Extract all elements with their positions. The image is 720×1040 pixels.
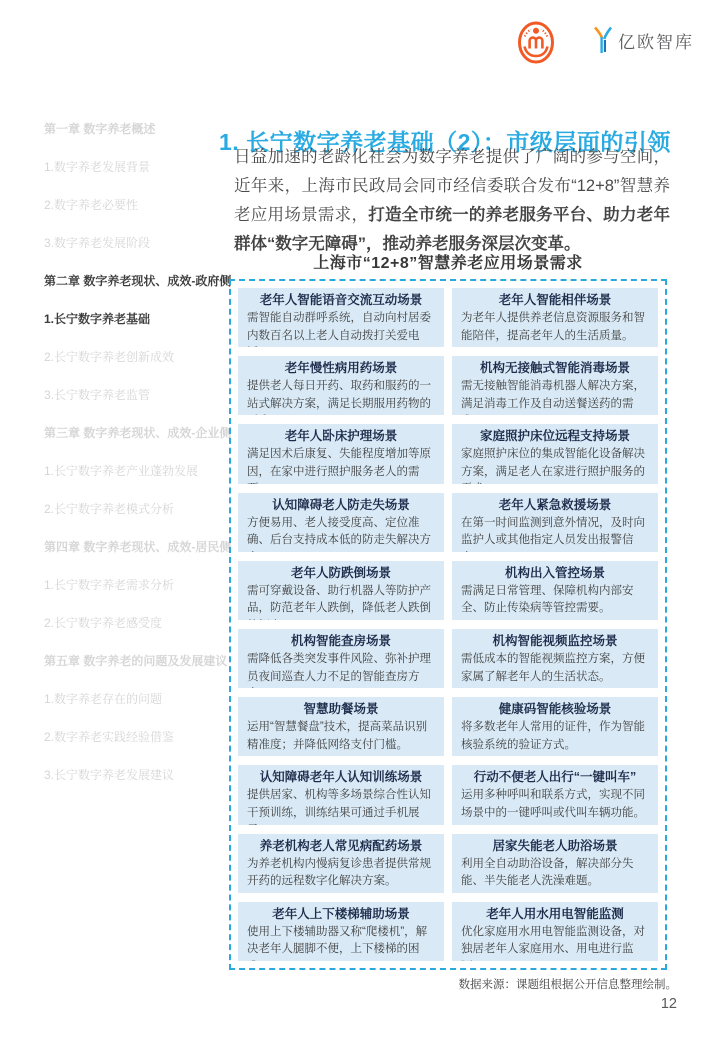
scenario-card-title: 机构智能查房场景 (247, 633, 435, 650)
scenario-card-15: 认知障碍老年人认知训练场景提供居家、机构等多场景综合性认知干预训练，训练结果可通… (238, 765, 444, 824)
sidebar-item-16[interactable]: 1.数字养老存在的问题 (44, 680, 234, 718)
scenario-card-2: 老年人智能相伴场景为老年人提供养老信息资源服务和智能陪伴，提高老年人的生活质量。 (452, 288, 658, 347)
scenario-card-desc: 优化家庭用水用电智能监测设备，对独居老年人家庭用水、用电进行监测。 (461, 924, 649, 961)
sidebar-item-2[interactable]: 1.数字养老发展背景 (44, 148, 234, 186)
sidebar-item-12[interactable]: 第四章 数字养老现状、成效-居民侧 (44, 528, 234, 566)
scenario-card-desc: 需降低各类突发事件风险、弥补护理员夜间巡查人力不足的智能查房方案。 (247, 651, 435, 688)
scenario-card-desc: 家庭照护床位的集成智能化设备解决方案，满足老人在家进行照护服务的需求。 (461, 446, 649, 483)
scenario-card-desc: 需可穿戴设备、助行机器人等防护产品，防范老年人跌倒，降低老人跌倒的概率。 (247, 583, 435, 620)
scenario-card-14: 健康码智能核验场景将多数老年人常用的证件，作为智能核验系统的验证方式。 (452, 697, 658, 756)
scenario-card-desc: 在第一时间监测到意外情况，及时向监护人或其他指定人员发出报警信息。 (461, 515, 649, 552)
scenario-card-title: 老年人智能语音交流互动场景 (247, 292, 435, 309)
scenario-card-title: 老年慢性病用药场景 (247, 360, 435, 377)
page-number: 12 (661, 996, 677, 1012)
scenario-card-desc: 需智能自动群呼系统，自动向村居委内数百名以上老人自动拨打关爱电话。 (247, 310, 435, 347)
scenario-card-desc: 利用全自动助浴设备，解决部分失能、半失能老人洗澡难题。 (461, 856, 649, 891)
scenario-card-title: 智慧助餐场景 (247, 701, 435, 718)
sidebar-item-13[interactable]: 1.长宁数字养老需求分析 (44, 566, 234, 604)
scenario-card-desc: 使用上下楼辅助器又称“爬楼机”，解决老年人腿脚不便，上下楼梯的困难。 (247, 924, 435, 961)
scenario-card-desc: 提供居家、机构等多场景综合性认知干预训练，训练结果可通过手机展示。 (247, 787, 435, 824)
scenario-card-3: 老年慢性病用药场景提供老人每日开药、取药和服药的一站式解决方案，满足长期服用药物… (238, 356, 444, 415)
intro-paragraph: 日益加速的老龄化社会为数字养老提供了广阔的参与空间，近年来，上海市民政局会同市经… (234, 143, 670, 259)
scenario-card-desc: 运用“智慧餐盘”技术，提高菜品识别精准度；并降低网络支付门槛。 (247, 719, 435, 754)
scenario-card-desc: 为养老机构内慢病复诊患者提供常规开药的远程数字化解决方案。 (247, 856, 435, 891)
yiou-brand-logo: 亿欧智库 (591, 25, 694, 55)
sidebar-item-6[interactable]: 1.长宁数字养老基础 (44, 300, 234, 338)
scenario-card-13: 智慧助餐场景运用“智慧餐盘”技术，提高菜品识别精准度；并降低网络支付门槛。 (238, 697, 444, 756)
sidebar: 第一章 数字养老概述1.数字养老发展背景2.数字养老必要性3.数字养老发展阶段第… (44, 110, 234, 794)
figure-title: 上海市“12+8”智慧养老应用场景需求 (229, 250, 667, 273)
scenario-card-desc: 将多数老年人常用的证件，作为智能核验系统的验证方式。 (461, 719, 649, 754)
sidebar-item-15[interactable]: 第五章 数字养老的问题及发展建议 (44, 642, 234, 680)
sidebar-item-11[interactable]: 2.长宁数字养老模式分析 (44, 490, 234, 528)
scenario-card-18: 居家失能老人助浴场景利用全自动助浴设备，解决部分失能、半失能老人洗澡难题。 (452, 834, 658, 893)
scenario-card-9: 老年人防跌倒场景需可穿戴设备、助行机器人等防护产品，防范老年人跌倒，降低老人跌倒… (238, 561, 444, 620)
scenario-card-title: 老年人防跌倒场景 (247, 565, 435, 582)
scenario-card-title: 老年人紧急救援场景 (461, 497, 649, 514)
scenario-card-desc: 需满足日常管理、保障机构内部安全、防止传染病等管控需要。 (461, 583, 649, 618)
scenario-card-17: 养老机构老人常见病配药场景为养老机构内慢病复诊患者提供常规开药的远程数字化解决方… (238, 834, 444, 893)
scenario-card-title: 行动不便老人出行“一键叫车” (461, 769, 649, 786)
scenario-card-desc: 提供老人每日开药、取药和服药的一站式解决方案，满足长期服用药物的需求。 (247, 378, 435, 415)
scenario-card-desc: 为老年人提供养老信息资源服务和智能陪伴，提高老年人的生活质量。 (461, 310, 649, 345)
sidebar-item-5[interactable]: 第二章 数字养老现状、成效-政府侧 (44, 262, 234, 300)
scenario-card-title: 居家失能老人助浴场景 (461, 838, 649, 855)
sidebar-item-4[interactable]: 3.数字养老发展阶段 (44, 224, 234, 262)
scenario-card-title: 老年人用水用电智能监测 (461, 906, 649, 923)
sidebar-item-8[interactable]: 3.长宁数字养老监管 (44, 376, 234, 414)
scenario-card-19: 老年人上下楼梯辅助场景使用上下楼辅助器又称“爬楼机”，解决老年人腿脚不便，上下楼… (238, 902, 444, 961)
scenario-card-4: 机构无接触式智能消毒场景需无接触智能消毒机器人解决方案，满足消毒工作及自动送餐送… (452, 356, 658, 415)
data-source-note: 数据来源：课题组根据公开信息整理绘制。 (459, 976, 678, 992)
scenario-card-desc: 需无接触智能消毒机器人解决方案，满足消毒工作及自动送餐送药的需求。 (461, 378, 649, 415)
brand-text: 亿欧智库 (618, 28, 694, 53)
scenario-card-title: 老年人卧床护理场景 (247, 428, 435, 445)
scenario-card-title: 健康码智能核验场景 (461, 701, 649, 718)
scenario-card-20: 老年人用水用电智能监测优化家庭用水用电智能监测设备，对独居老年人家庭用水、用电进… (452, 902, 658, 961)
sidebar-item-14[interactable]: 2.长宁数字养老感受度 (44, 604, 234, 642)
scenario-card-title: 机构出入管控场景 (461, 565, 649, 582)
scenario-card-title: 认知障碍老人防走失场景 (247, 497, 435, 514)
sidebar-item-3[interactable]: 2.数字养老必要性 (44, 186, 234, 224)
sidebar-item-17[interactable]: 2.数字养老实践经验借鉴 (44, 718, 234, 756)
sidebar-item-7[interactable]: 2.长宁数字养老创新成效 (44, 338, 234, 376)
scenario-card-11: 机构智能查房场景需降低各类突发事件风险、弥补护理员夜间巡查人力不足的智能查房方案… (238, 629, 444, 688)
scenario-card-title: 机构无接触式智能消毒场景 (461, 360, 649, 377)
scenario-card-desc: 需低成本的智能视频监控方案，方便家属了解老年人的生活状态。 (461, 651, 649, 686)
scenario-card-title: 认知障碍老年人认知训练场景 (247, 769, 435, 786)
scenario-card-16: 行动不便老人出行“一键叫车”运用多种呼叫和联系方式，实现不同场景中的一键呼叫或代… (452, 765, 658, 824)
scenario-card-8: 老年人紧急救援场景在第一时间监测到意外情况，及时向监护人或其他指定人员发出报警信… (452, 493, 658, 552)
scenario-card-5: 老年人卧床护理场景满足因术后康复、失能程度增加等原因，在家中进行照护服务老人的需… (238, 424, 444, 483)
sidebar-item-18[interactable]: 3.长宁数字养老发展建议 (44, 756, 234, 794)
scenario-card-6: 家庭照护床位远程支持场景家庭照护床位的集成智能化设备解决方案，满足老人在家进行照… (452, 424, 658, 483)
scenario-grid: 老年人智能语音交流互动场景需智能自动群呼系统，自动向村居委内数百名以上老人自动拨… (229, 279, 667, 970)
sidebar-item-9[interactable]: 第三章 数字养老现状、成效-企业侧 (44, 414, 234, 452)
scenario-card-1: 老年人智能语音交流互动场景需智能自动群呼系统，自动向村居委内数百名以上老人自动拨… (238, 288, 444, 347)
scenario-card-desc: 运用多种呼叫和联系方式，实现不同场景中的一键呼叫或代叫车辆功能。 (461, 787, 649, 822)
yiou-y-icon (591, 26, 615, 55)
scenario-card-title: 老年人上下楼梯辅助场景 (247, 906, 435, 923)
scenario-card-title: 家庭照护床位远程支持场景 (461, 428, 649, 445)
scenario-card-desc: 满足因术后康复、失能程度增加等原因，在家中进行照护服务老人的需要。 (247, 446, 435, 483)
scenario-card-title: 机构智能视频监控场景 (461, 633, 649, 650)
scenario-card-12: 机构智能视频监控场景需低成本的智能视频监控方案，方便家属了解老年人的生活状态。 (452, 629, 658, 688)
report-page: 亿欧智库 第一章 数字养老概述1.数字养老发展背景2.数字养老必要性3.数字养老… (0, 0, 720, 1040)
scenario-card-title: 老年人智能相伴场景 (461, 292, 649, 309)
sidebar-item-1[interactable]: 第一章 数字养老概述 (44, 110, 234, 148)
sidebar-item-10[interactable]: 1.长宁数字养老产业蓬勃发展 (44, 452, 234, 490)
scenario-card-7: 认知障碍老人防走失场景方便易用、老人接受度高、定位准确、后台支持成本低的防走失解… (238, 493, 444, 552)
pension-emblem-icon (516, 20, 556, 65)
scenario-card-10: 机构出入管控场景需满足日常管理、保障机构内部安全、防止传染病等管控需要。 (452, 561, 658, 620)
scenario-card-title: 养老机构老人常见病配药场景 (247, 838, 435, 855)
scenario-card-desc: 方便易用、老人接受度高、定位准确、后台支持成本低的防走失解决方案。 (247, 515, 435, 552)
